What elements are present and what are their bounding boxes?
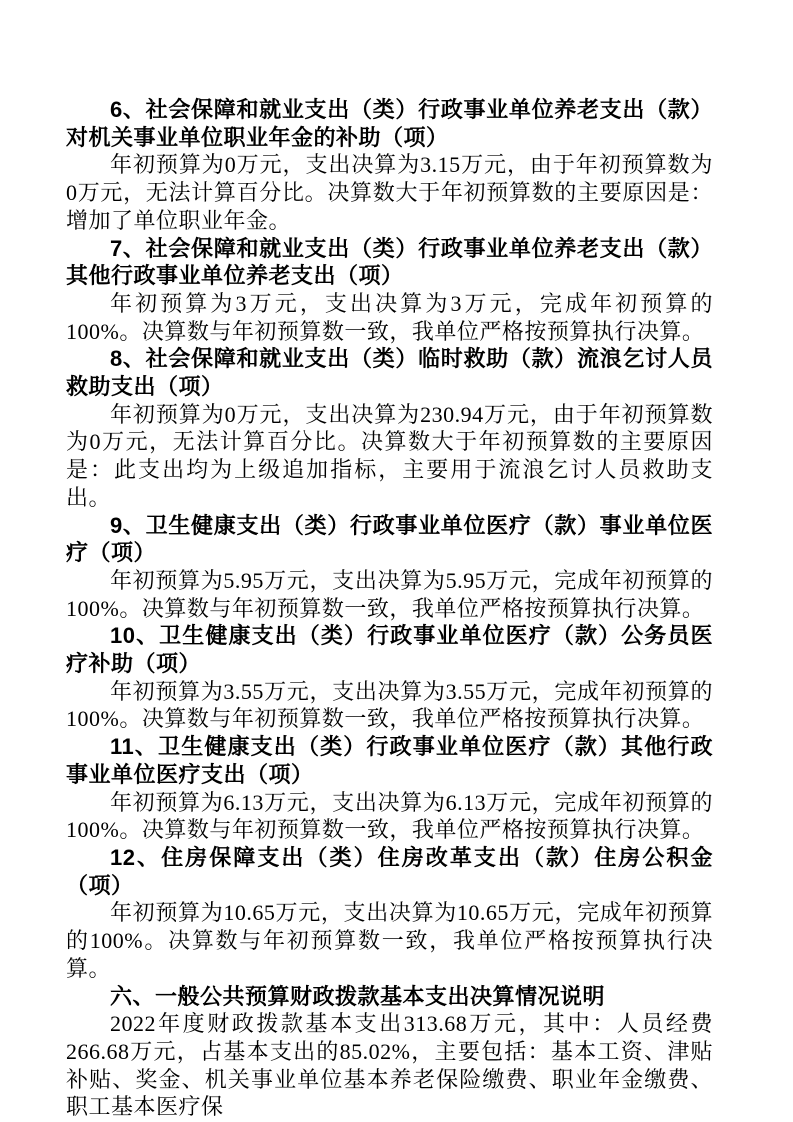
section-8-body: 年初预算为0万元，支出决算为230.94万元，由于年初预算数为0万元，无法计算百…: [66, 401, 713, 512]
section-10-heading: 10、卫生健康支出（类）行政事业单位医疗（款）公务员医疗补助（项）: [66, 622, 713, 677]
section-9-heading: 9、卫生健康支出（类）行政事业单位医疗（款）事业单位医疗（项）: [66, 512, 713, 567]
document-page: 6、社会保障和就业支出（类）行政事业单位养老支出（款）对机关事业单位职业年金的补…: [0, 0, 793, 1122]
section-6: 6、社会保障和就业支出（类）行政事业单位养老支出（款）对机关事业单位职业年金的补…: [66, 96, 713, 235]
section-7-heading: 7、社会保障和就业支出（类）行政事业单位养老支出（款）其他行政事业单位养老支出（…: [66, 235, 713, 290]
section-8: 8、社会保障和就业支出（类）临时救助（款）流浪乞讨人员救助支出（项） 年初预算为…: [66, 345, 713, 511]
section-10-body: 年初预算为3.55万元，支出决算为3.55万元，完成年初预算的100%。决算数与…: [66, 678, 713, 733]
section-12-body: 年初预算为10.65万元，支出决算为10.65万元，完成年初预算的100%。决算…: [66, 899, 713, 982]
section-9-body: 年初预算为5.95万元，支出决算为5.95万元，完成年初预算的100%。决算数与…: [66, 567, 713, 622]
section-10: 10、卫生健康支出（类）行政事业单位医疗（款）公务员医疗补助（项） 年初预算为3…: [66, 622, 713, 733]
section-6-heading: 6、社会保障和就业支出（类）行政事业单位养老支出（款）对机关事业单位职业年金的补…: [66, 96, 713, 151]
section-11-heading: 11、卫生健康支出（类）行政事业单位医疗（款）其他行政事业单位医疗支出（项）: [66, 733, 713, 788]
section-12-heading: 12、住房保障支出（类）住房改革支出（款）住房公积金（项）: [66, 844, 713, 899]
section-11-body: 年初预算为6.13万元，支出决算为6.13万元，完成年初预算的100%。决算数与…: [66, 789, 713, 844]
section-liu-heading: 六、一般公共预算财政拨款基本支出决算情况说明: [66, 983, 713, 1011]
section-9: 9、卫生健康支出（类）行政事业单位医疗（款）事业单位医疗（项） 年初预算为5.9…: [66, 512, 713, 623]
section-6-body: 年初预算为0万元，支出决算为3.15万元，由于年初预算数为0万元，无法计算百分比…: [66, 151, 713, 234]
section-11: 11、卫生健康支出（类）行政事业单位医疗（款）其他行政事业单位医疗支出（项） 年…: [66, 733, 713, 844]
section-liu: 六、一般公共预算财政拨款基本支出决算情况说明 2022年度财政拨款基本支出313…: [66, 983, 713, 1122]
section-7-body: 年初预算为3万元，支出决算为3万元，完成年初预算的100%。决算数与年初预算数一…: [66, 290, 713, 345]
section-liu-body: 2022年度财政拨款基本支出313.68万元，其中：人员经费266.68万元，占…: [66, 1010, 713, 1121]
section-7: 7、社会保障和就业支出（类）行政事业单位养老支出（款）其他行政事业单位养老支出（…: [66, 235, 713, 346]
section-12: 12、住房保障支出（类）住房改革支出（款）住房公积金（项） 年初预算为10.65…: [66, 844, 713, 983]
section-8-heading: 8、社会保障和就业支出（类）临时救助（款）流浪乞讨人员救助支出（项）: [66, 345, 713, 400]
